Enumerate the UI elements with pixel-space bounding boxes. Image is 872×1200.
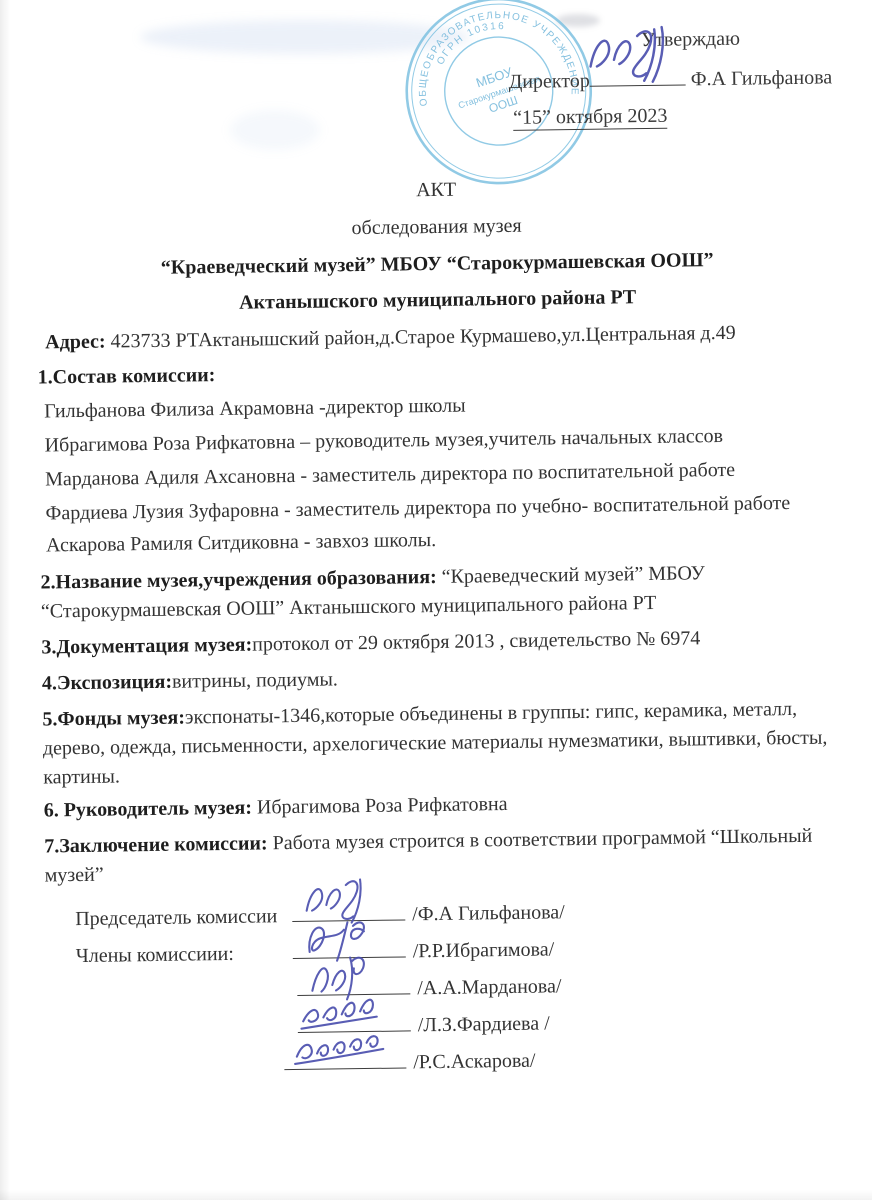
commission-member: Гильфанова Филиза Акрамовна -директор шк… [38, 386, 840, 426]
section-label: 5.Фонды музея: [42, 707, 185, 731]
section-label: 7.Заключение комиссии: [44, 832, 268, 857]
signature-area: Председатель комиссии/Ф.А Гильфанова/ Чл… [45, 893, 850, 1089]
section-museum-name: 2.Название музея,учреждения образования:… [40, 559, 741, 627]
document-content: АКТ обследования музея “Краеведческий му… [35, 170, 850, 1089]
member-signature-ink [280, 1028, 399, 1076]
section-label: 2.Название музея,учреждения образования: [40, 566, 436, 594]
section-text: Ибрагимова Роза Рифкатовна [252, 793, 508, 819]
director-signature-line: Директор Ф.А Гильфанова [508, 64, 848, 95]
signature-blank-line [284, 1047, 406, 1070]
commission-member: Ибрагимова Роза Рифкатовна – руководител… [38, 420, 840, 460]
commission-member: Марданова Адиля Ахсановна - заместитель … [39, 454, 841, 494]
address-label: Адрес: [45, 331, 106, 354]
doc-subtitle: обследования музея [35, 207, 837, 247]
commission-heading: 1.Состав комиссии: [37, 352, 839, 392]
chair-label: Председатель комиссии [75, 902, 292, 934]
commission-heading-text: 1.Состав комиссии: [38, 364, 216, 388]
doc-title: АКТ [35, 170, 837, 210]
document-body: ОБЩЕОБРАЗОВАТЕЛЬНОЕ УЧРЕЖДЕНИЕ ОГРН 1031… [0, 0, 872, 1200]
address-line: Адрес: 423733 РТАктанышский район,д.Стар… [37, 317, 839, 357]
museum-name-line: “Краеведческий музей” МБОУ “Старокурмаше… [36, 244, 838, 284]
approval-block: Утверждаю Директор Ф.А Гильфанова “15” о… [508, 24, 849, 131]
section-conclusion: 7.Заключение комиссии: Работа музея стро… [44, 822, 825, 891]
approval-date-text: “15” октября 2023 [513, 105, 668, 131]
section-label: 4.Экспозиция: [42, 671, 172, 695]
members-label: Члены комиссиии: [76, 939, 293, 971]
section-text: витрины, подиумы. [172, 668, 338, 692]
signature-blank-line [590, 66, 686, 86]
approval-date: “15” октября 2023 [513, 100, 849, 131]
section-documentation: 3.Документация музея:протокол от 29 октя… [41, 622, 843, 662]
empty-label [76, 996, 293, 999]
member-name: /Р.С.Аскарова/ [413, 1050, 536, 1074]
scanned-document-page: ОБЩЕОБРАЗОВАТЕЛЬНОЕ УЧРЕЖДЕНИЕ ОГРН 1031… [0, 0, 872, 1200]
address-value: 423733 РТАктанышский район,д.Старое Курм… [105, 322, 735, 353]
section-label: 3.Документация музея: [41, 634, 252, 659]
section-label: 6. Руководитель музея: [44, 797, 253, 822]
chair-name: /Ф.А Гильфанова/ [412, 901, 565, 925]
member-name: /Л.З.Фардиева / [418, 1012, 550, 1036]
district-line: Актанышского муниципального района РТ [36, 280, 838, 320]
director-label: Директор [508, 70, 589, 93]
section-funds: 5.Фонды музея:экспонаты-1346,которые объ… [42, 694, 845, 792]
section-museum-head: 6. Руководитель музея: Ибрагимова Роза Р… [44, 785, 846, 825]
empty-label [77, 1070, 294, 1073]
director-name: Ф.А Гильфанова [691, 66, 833, 90]
section-text: протокол от 29 октября 2013 , свидетельс… [252, 627, 700, 655]
section-exposition: 4.Экспозиция:витрины, подиумы. [42, 658, 844, 698]
member-name: /Р.Р.Ибрагимова/ [413, 938, 555, 962]
member-name: /А.А.Марданова/ [417, 975, 562, 999]
empty-label [77, 1033, 294, 1036]
director-signature-ink [579, 23, 675, 86]
